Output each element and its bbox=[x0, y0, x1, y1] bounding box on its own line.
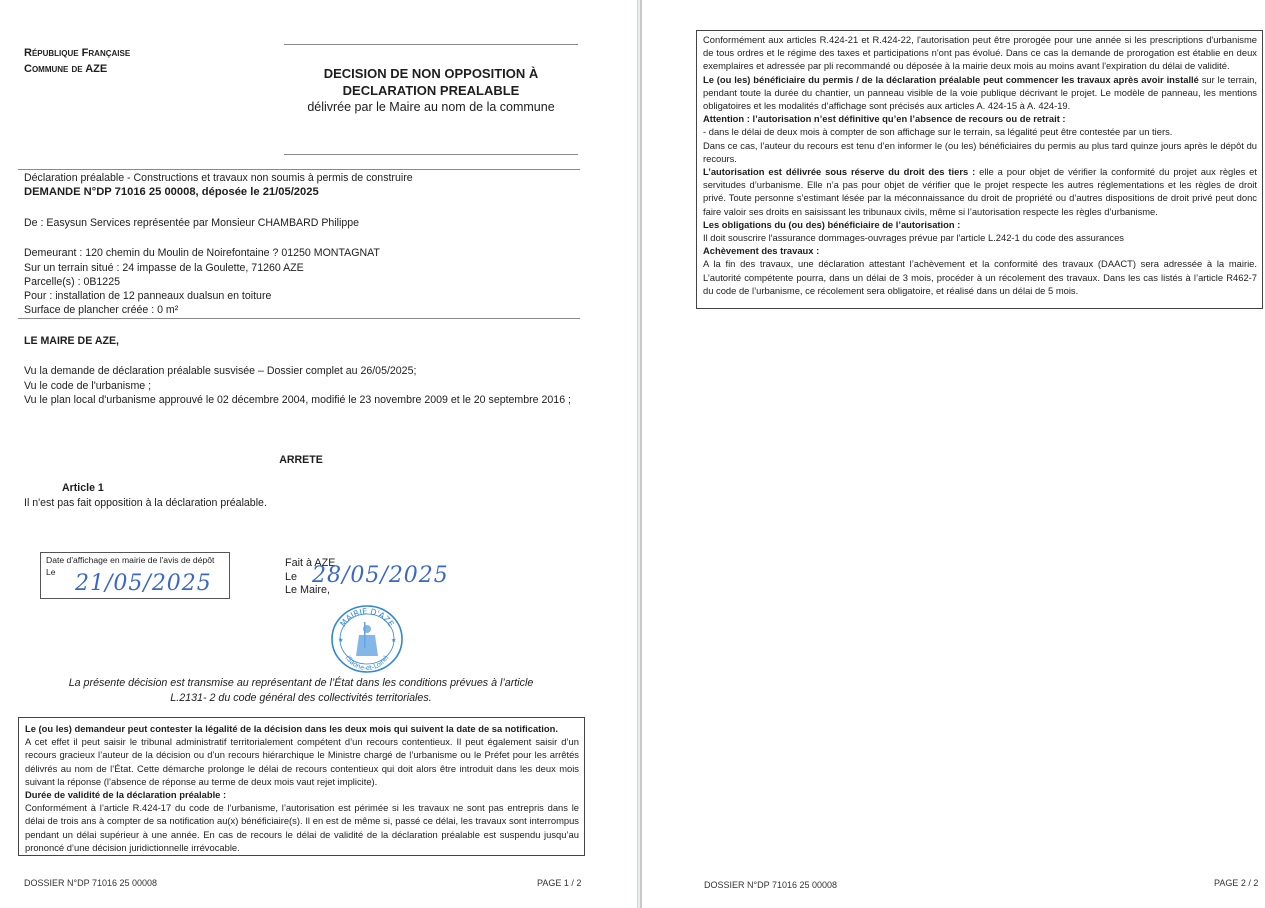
request-type: Déclaration préalable - Constructions et… bbox=[24, 171, 413, 186]
considerations: Vu la demande de déclaration préalable s… bbox=[24, 364, 578, 408]
arrete-heading: ARRETE bbox=[24, 453, 578, 468]
attention-line-1: - dans le délai de deux mois à compter d… bbox=[703, 125, 1257, 138]
legal-info-content: Conformément aux articles R.424-21 et R.… bbox=[703, 33, 1257, 297]
signature-handwritten-date: 28/05/2025 bbox=[312, 563, 449, 588]
title-rule-top bbox=[284, 44, 578, 45]
request-address: Demeurant : 120 chemin du Moulin de Noir… bbox=[24, 246, 380, 261]
title-rule-bottom bbox=[284, 154, 578, 155]
title-line-1: DECISION DE NON OPPOSITION À bbox=[283, 65, 579, 82]
commune-label: Commune de AZE bbox=[24, 61, 107, 77]
posting-le-label: Le bbox=[46, 567, 56, 577]
request-rule-top bbox=[18, 169, 580, 170]
title-subtitle: délivrée par le Maire au nom de la commu… bbox=[283, 99, 579, 116]
legal-notice-content: Le (ou les) demandeur peut contester la … bbox=[25, 722, 579, 854]
title-line-2: DECLARATION PREALABLE bbox=[283, 82, 579, 99]
posting-handwritten-date: 21/05/2025 bbox=[75, 571, 212, 596]
footer-dossier-number-2: DOSSIER N°DP 71016 25 00008 bbox=[704, 880, 837, 890]
consideration-item: Vu le plan local d'urbanisme approuvé le… bbox=[24, 393, 578, 408]
attention-line-2: Dans ce cas, l’auteur du recours est ten… bbox=[703, 139, 1257, 165]
validity-text: Conformément à l’article R.424-17 du cod… bbox=[25, 801, 579, 854]
legal-info-box: Conformément aux articles R.424-21 et R.… bbox=[696, 30, 1263, 309]
request-rule-bottom bbox=[18, 318, 580, 319]
panel-paragraph: Le (ou les) bénéficiaire du permis / de … bbox=[703, 73, 1257, 113]
third-party-paragraph: L’autorisation est délivrée sous réserve… bbox=[703, 165, 1257, 218]
completion-title: Achèvement des travaux : bbox=[703, 244, 1257, 257]
contest-title: Le (ou les) demandeur peut contester la … bbox=[25, 722, 579, 735]
validity-title: Durée de validité de la déclaration préa… bbox=[25, 788, 579, 801]
contest-text: A cet effet il peut saisir le tribunal a… bbox=[25, 735, 579, 788]
consideration-item: Vu la demande de déclaration préalable s… bbox=[24, 364, 578, 379]
svg-text:★: ★ bbox=[391, 637, 396, 644]
document-page-2: Conformément aux articles R.424-21 et R.… bbox=[642, 0, 1265, 908]
posting-date-label: Date d'affichage en mairie de l'avis de … bbox=[46, 555, 214, 565]
svg-text:(Saône-et-Loire): (Saône-et-Loire) bbox=[344, 654, 390, 672]
request-site: Sur un terrain situé : 24 impasse de la … bbox=[24, 261, 304, 276]
request-surface: Surface de plancher créée : 0 m² bbox=[24, 303, 178, 318]
third-party-bold: L’autorisation est délivrée sous réserve… bbox=[703, 166, 975, 177]
request-from: De : Easysun Services représentée par Mo… bbox=[24, 216, 359, 231]
prorogation-text: Conformément aux articles R.424-21 et R.… bbox=[703, 33, 1257, 73]
article-text: Il n'est pas fait opposition à la déclar… bbox=[24, 496, 267, 511]
document-title: DECISION DE NON OPPOSITION À DECLARATION… bbox=[283, 65, 579, 116]
document-page-1: République Française Commune de AZE DECI… bbox=[0, 0, 637, 908]
svg-text:★: ★ bbox=[338, 637, 343, 644]
republic-label: République Française bbox=[24, 45, 130, 61]
article-title: Article 1 bbox=[62, 481, 104, 496]
request-parcel: Parcelle(s) : 0B1225 bbox=[24, 275, 120, 290]
obligations-text: Il doit souscrire l'assurance dommages-o… bbox=[703, 231, 1257, 244]
mairie-stamp-icon: MAIRIE D'AZE (Saône-et-Loire) ★ ★ bbox=[329, 602, 405, 674]
footer-page-number: PAGE 1 / 2 bbox=[537, 878, 581, 888]
request-purpose: Pour : installation de 12 panneaux duals… bbox=[24, 289, 271, 304]
posting-date-box: Date d'affichage en mairie de l'avis de … bbox=[40, 552, 230, 599]
consideration-item: Vu le code de l'urbanisme ; bbox=[24, 379, 578, 394]
obligations-title: Les obligations du (ou des) bénéficiaire… bbox=[703, 218, 1257, 231]
panel-bold: Le (ou les) bénéficiaire du permis / de … bbox=[703, 74, 1199, 85]
footer-page-number-2: PAGE 2 / 2 bbox=[1214, 878, 1258, 888]
request-number: DEMANDE N°DP 71016 25 00008, déposée le … bbox=[24, 185, 319, 200]
attention-title: Attention : l’autorisation n’est définit… bbox=[703, 112, 1257, 125]
mayor-heading: LE MAIRE DE AZE, bbox=[24, 334, 119, 349]
transmission-note: La présente décision est transmise au re… bbox=[58, 676, 544, 706]
legal-notice-box: Le (ou les) demandeur peut contester la … bbox=[18, 717, 585, 856]
signature-mayor-label: Le Maire, bbox=[285, 583, 330, 598]
footer-dossier-number: DOSSIER N°DP 71016 25 00008 bbox=[24, 878, 157, 888]
completion-text: A la fin des travaux, une déclaration at… bbox=[703, 257, 1257, 297]
